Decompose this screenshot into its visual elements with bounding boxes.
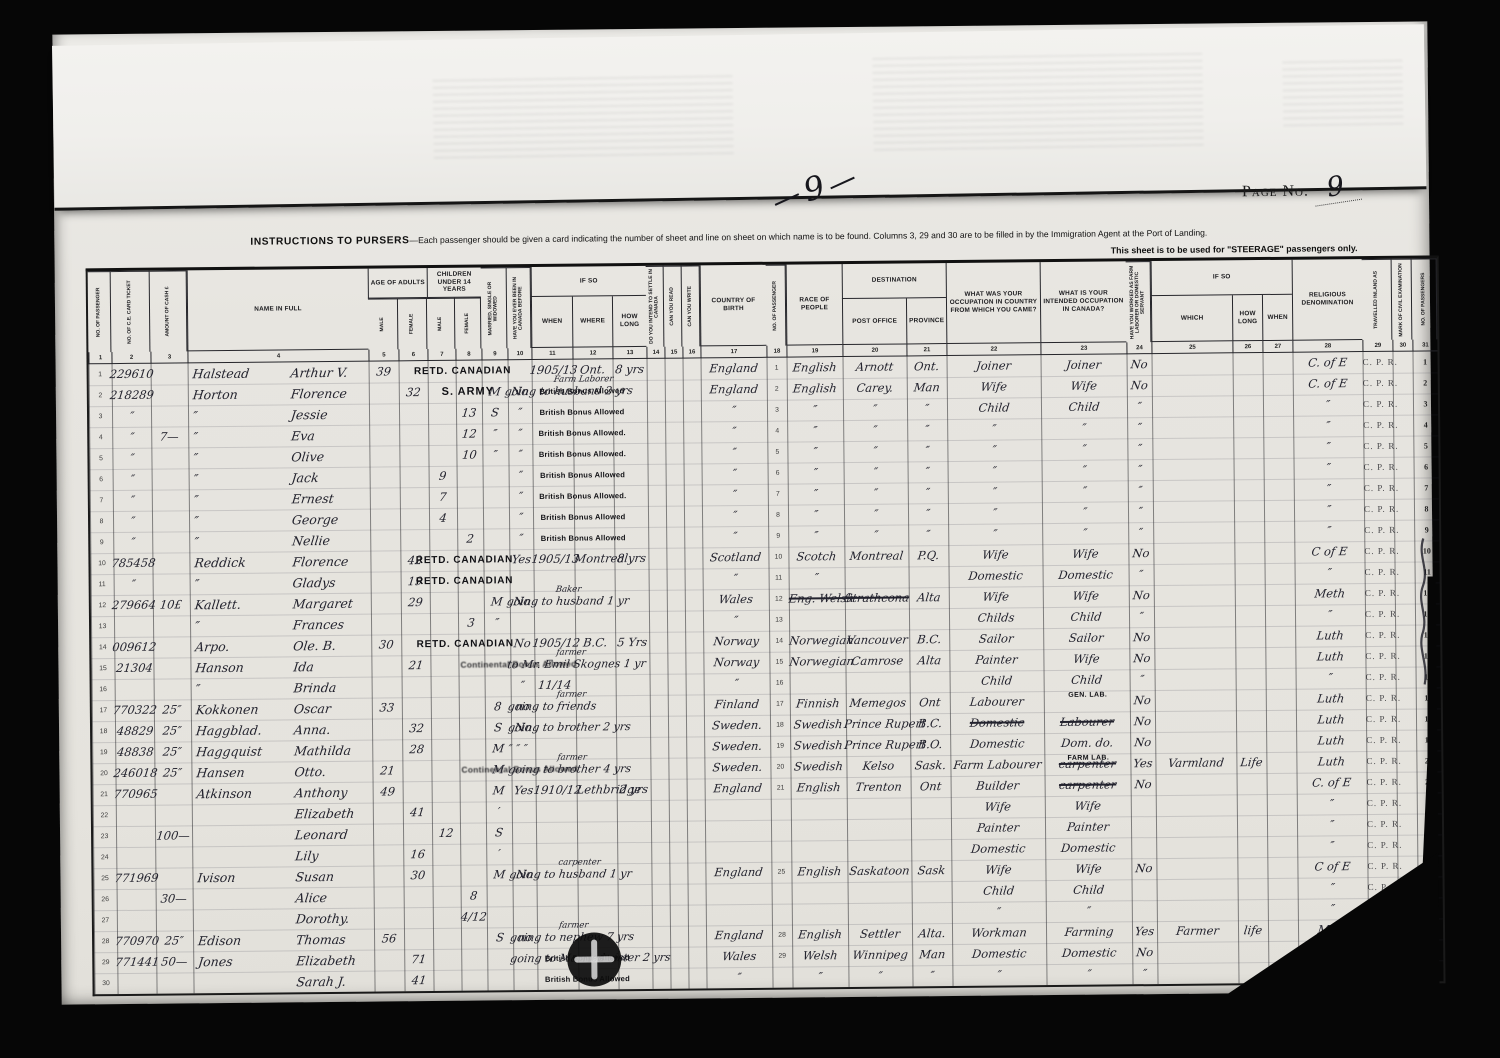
column-header-female: Female: [455, 298, 481, 349]
cell-il-row18: C. P. R.: [1366, 709, 1398, 730]
cell-co-row20: Sweden.: [703, 757, 771, 779]
cell-n2-row3: 3: [767, 400, 787, 421]
cell-po-row21: Trenton: [843, 776, 913, 798]
cell-o2-row25: Wife: [1044, 858, 1132, 880]
cell-o1-row5: ″: [946, 439, 1042, 461]
cell-af-row22: 41: [402, 802, 433, 823]
cell-gn-row29: Elizabeth: [295, 950, 379, 972]
handwritten-annotation: carpenter: [558, 856, 709, 867]
cell-ra-row14: Norwegian: [788, 630, 846, 652]
cell-o1-row16: Child: [948, 670, 1044, 692]
cell-ra-row5: ″: [786, 441, 844, 463]
cell-co-row1: England: [699, 358, 767, 380]
column-header-destination: DESTINATION: [842, 263, 946, 299]
column-number: 12: [572, 347, 612, 359]
cell-re-row25: C of E: [1296, 856, 1368, 878]
page-number-value: 9: [1311, 168, 1362, 207]
cell-il-row24: C. P. R.: [1367, 835, 1399, 856]
column-number: 16: [682, 346, 700, 358]
cell-sn-row1: Halstead: [191, 362, 293, 384]
cell-ca-row18: 25″: [151, 720, 193, 741]
cell-co-row2: England: [700, 379, 768, 401]
cell-gn-row19: Mathilda: [293, 740, 377, 762]
cell-ca-row17: 25″: [151, 699, 193, 720]
column-header-col16: Can you write: [682, 265, 701, 346]
cell-cm-row23: 12: [431, 823, 461, 844]
cell-re-row13: ″: [1294, 604, 1366, 626]
cell-re-row5: ″: [1292, 436, 1364, 458]
cell-il-row5: C. P. R.: [1363, 436, 1395, 457]
cell-cm-row6: 9: [427, 466, 457, 487]
cell-gn-row1: Arthur V.: [289, 362, 373, 384]
cell-sn-row5: ″: [192, 446, 294, 468]
cell-tk-row8: ″: [109, 511, 157, 532]
column-number: 23: [1040, 342, 1126, 355]
circular-ink-stamp: [567, 932, 622, 987]
column-header-occupation_canada: WHAT IS YOUR INTENDED OCCUPATION IN CANA…: [1040, 261, 1127, 343]
cell-c24-row14: No: [1126, 627, 1157, 648]
cell-re-row1: C. of E: [1291, 352, 1363, 374]
handwritten-annotation: Baker: [555, 583, 706, 594]
cell-po-row3: ″: [840, 398, 910, 420]
stamp-gen-lab-: GEN. LAB.: [1048, 684, 1128, 706]
cell-o2-row28: Farming: [1045, 921, 1133, 943]
column-number: 14: [646, 347, 664, 359]
column-header-if_so: IF SO: [531, 266, 646, 297]
cell-ra-row2: English: [786, 378, 844, 400]
cell-re-row16: ″: [1294, 667, 1366, 689]
cell-o2-row24: Domestic: [1044, 837, 1132, 859]
cell-il-row21: C. P. R.: [1367, 772, 1399, 793]
cell-pr-row14: B.C.: [908, 629, 950, 650]
cell-c24-row29: No: [1129, 942, 1160, 963]
cell-re-row12: Meth: [1294, 583, 1366, 605]
cell-ra-row19: Swedish: [789, 735, 847, 757]
cell-po-row7: ″: [841, 482, 911, 504]
cell-o1-row22: Wife: [950, 796, 1046, 818]
cell-pr-row29: Man: [911, 944, 953, 965]
cell-tk-row14: 009612: [110, 637, 158, 658]
column-number: 9: [481, 348, 507, 360]
column-number: 21: [906, 344, 946, 356]
bleed-through-smudge: [1282, 60, 1403, 132]
cell-po-row10: Montreal: [841, 545, 911, 567]
cell-n3-row3: 3: [1413, 393, 1438, 414]
column-number: 7: [427, 349, 455, 361]
cell-po-row4: ″: [840, 419, 910, 441]
cell-ra-row6: ″: [786, 462, 844, 484]
column-header-which: Which: [1151, 295, 1232, 342]
cell-il-row16: C. P. R.: [1366, 667, 1398, 688]
cell-pr-row10: P.Q.: [907, 545, 949, 566]
cell-cf-row4: 12: [455, 424, 483, 445]
cell-am-row28: 56: [373, 928, 405, 949]
cell-n3-row5: 5: [1413, 435, 1438, 456]
cell-tk-row10: 785458: [109, 553, 157, 574]
cell-co-row15: Norway: [702, 652, 770, 674]
cell-sn-row29: Jones: [197, 950, 299, 972]
cell-tk-row9: ″: [109, 532, 157, 553]
cell-n2-row7: 7: [768, 484, 788, 505]
cell-n2-row4: 4: [767, 421, 787, 442]
cell-il-row15: C. P. R.: [1365, 646, 1397, 667]
column-number: 13: [612, 347, 646, 359]
column-header-children: CHILDREN UNDER 14 YEARS: [427, 268, 481, 299]
cell-ra-row28: English: [791, 924, 849, 946]
cell-co-row21: England: [703, 778, 771, 800]
cell-re-row6: ″: [1292, 457, 1364, 479]
column-number: 11: [531, 348, 572, 360]
cell-pr-row5: ″: [906, 440, 948, 461]
cell-co-row29: Wales: [705, 946, 773, 968]
cell-hl-row21: 2 yrs: [613, 779, 653, 800]
cell-o2-row27: ″: [1045, 900, 1133, 922]
column-header-when2: When: [1262, 295, 1292, 341]
column-header-where: Where: [572, 296, 612, 347]
cell-c24-row5: ″: [1124, 438, 1155, 459]
cell-ra-row10: Scotch: [787, 546, 845, 568]
cell-o1-row19: Domestic: [949, 733, 1045, 755]
cell-ra-row17: Finnish: [789, 693, 847, 715]
cell-o2-row1: Joiner: [1039, 354, 1127, 376]
cell-ra-row11: ″: [787, 567, 845, 589]
cell-c24-row7: ″: [1125, 480, 1156, 501]
column-header-col15: Can you read: [664, 266, 683, 347]
cell-c24-row13: ″: [1126, 606, 1157, 627]
cell-cf-row27: 4/12: [460, 906, 488, 927]
cell-gn-row10: Florence: [291, 551, 375, 573]
cell-o2-row10: Wife: [1041, 543, 1129, 565]
cell-po-row19: Prince Rupert: [843, 734, 913, 756]
cell-n3-row1: 1: [1412, 351, 1437, 372]
column-number: 26: [1232, 341, 1262, 353]
cell-wr-row21: Lethbridge: [575, 779, 617, 800]
cell-il-row2: C. P. R.: [1363, 373, 1395, 394]
cell-wc-row28: Farmer: [1156, 920, 1239, 942]
cell-o1-row2: Wife: [946, 376, 1042, 398]
page-number-label: Page No.: [1242, 183, 1309, 201]
cell-c24-row17: No: [1127, 690, 1158, 711]
cell-cf-row3: 13: [455, 403, 483, 424]
cell-o1-row4: ″: [946, 418, 1042, 440]
cell-re-row14: Luth: [1294, 625, 1366, 647]
cell-po-row8: ″: [841, 503, 911, 525]
cell-po-row14: Vancouver: [842, 629, 912, 651]
cell-gn-row24: Lily: [294, 845, 378, 867]
cell-gn-row9: Nellie: [291, 530, 375, 552]
cell-sn-row10: Reddick: [193, 551, 295, 573]
cell-il-row20: C. P. R.: [1366, 751, 1398, 772]
cell-il-row25: C. P. R.: [1367, 856, 1399, 877]
cell-re-row4: ″: [1292, 415, 1364, 437]
cell-sn-row7: ″: [193, 488, 295, 510]
column-header-post_office: POST OFFICE: [842, 298, 906, 345]
stamp-retd-canadian: RETD. CANADIAN: [404, 570, 526, 592]
cell-n2-row15: 15: [769, 652, 789, 673]
cell-c24-row18: No: [1127, 711, 1158, 732]
cell-gn-row7: Ernest: [291, 488, 375, 510]
stamp-british-bonus-allowed: British Bonus Allowed: [514, 506, 652, 528]
column-number: 22: [946, 343, 1040, 356]
cell-c24-row6: ″: [1124, 459, 1155, 480]
column-header-race_of_people: RACE OF PEOPLE: [786, 264, 843, 346]
cell-n2-row13: 13: [769, 610, 789, 631]
cell-o1-row7: ″: [947, 481, 1043, 503]
cell-tk-row3: ″: [108, 406, 156, 427]
stamp-british-bonus-allowed-: British Bonus Allowed.: [513, 422, 651, 444]
steerage-note: This sheet is to be used for "STEERAGE" …: [1111, 243, 1358, 255]
cell-n3-row2: 2: [1413, 372, 1438, 393]
cell-ca-row26: 30—: [152, 888, 194, 909]
cell-co-row25: England: [704, 862, 772, 884]
column-number: 29: [1362, 340, 1392, 352]
cell-c24-row9: ″: [1125, 522, 1156, 543]
cell-h2-row28: life: [1237, 920, 1269, 941]
column-header-married: Married, Single or Widowed: [481, 267, 508, 348]
cell-sn-row11: ″: [193, 572, 295, 594]
cell-re-row26: ″: [1296, 877, 1368, 899]
cell-gn-row15: Ida: [292, 656, 376, 678]
cell-ra-row12: Eng. Welsh: [788, 588, 846, 610]
cell-n3-row6: 6: [1413, 456, 1438, 477]
cell-tk-row21: 770965: [111, 784, 159, 805]
cell-c24-row3: ″: [1124, 396, 1155, 417]
column-header-country_of_birth: COUNTRY OF BIRTH: [700, 265, 767, 347]
cell-o2-row5: ″: [1040, 438, 1128, 460]
cell-re-row20: Luth: [1295, 751, 1367, 773]
cell-af-row19: 28: [401, 739, 432, 760]
cell-o2-row23: Painter: [1044, 816, 1132, 838]
cell-n2-row8: 8: [768, 505, 788, 526]
cell-c24-row19: No: [1127, 732, 1158, 753]
column-header-female: Female: [398, 298, 427, 349]
column-header-col3: Amount of Cash £: [150, 270, 188, 351]
cell-o1-row25: Wife: [950, 859, 1046, 881]
cell-n2-row16: 16: [770, 673, 790, 694]
cell-tk-row1: 229610: [107, 364, 155, 385]
cell-o1-row1: Joiner: [945, 355, 1041, 377]
cell-n2-row28: 28: [772, 925, 792, 946]
cell-am-row1: 39: [367, 361, 399, 382]
cell-o1-row17: Labourer: [949, 691, 1045, 713]
cell-re-row2: C. of E: [1292, 373, 1364, 395]
cell-pr-row30: ″: [911, 965, 953, 986]
cell-n-row26: 26: [94, 889, 117, 910]
column-header-province: PROVINCE: [906, 298, 946, 344]
cell-o2-row11: Domestic: [1041, 564, 1129, 586]
cell-co-row16: ″: [702, 673, 770, 695]
cell-af-row25: 30: [402, 865, 433, 886]
cell-o2-row26: Child: [1044, 879, 1132, 901]
cell-ms-row21: M: [484, 780, 512, 801]
cell-ms-row24: ′: [485, 843, 513, 864]
cell-o1-row27: ″: [951, 901, 1047, 923]
cell-pr-row3: ″: [906, 398, 948, 419]
cell-ra-row15: Norwegian: [788, 651, 846, 673]
cell-o1-row13: Childs: [948, 607, 1044, 629]
cell-po-row9: ″: [841, 524, 911, 546]
cell-po-row15: Camrose: [842, 650, 912, 672]
cell-o2-row2: Wife: [1040, 375, 1128, 397]
stamp-retd-canadian: RETD. CANADIAN: [402, 360, 524, 382]
cell-gn-row8: George: [291, 509, 375, 531]
column-number: 2: [111, 352, 150, 364]
cell-cf-row5: 10: [455, 445, 483, 466]
cell-re-row24: ″: [1296, 835, 1368, 857]
scanned-manifest-page: 9 Page No. 9 INSTRUCTIONS TO PURSERS—Eac…: [52, 21, 1436, 1004]
cell-ra-row30: ″: [791, 966, 849, 988]
cell-po-row25: Saskatoon: [844, 860, 914, 882]
cell-o1-row10: Wife: [947, 544, 1043, 566]
cell-co-row5: ″: [700, 442, 768, 464]
cell-sn-row15: Hanson: [194, 656, 296, 678]
cell-n2-row2: 2: [767, 379, 787, 400]
cell-gn-row17: Oscar: [293, 698, 377, 720]
cell-gn-row26: Alice: [294, 887, 378, 909]
cell-re-row7: ″: [1293, 478, 1365, 500]
cell-o2-row7: ″: [1041, 480, 1129, 502]
cell-o2-row21: carpenter: [1043, 774, 1131, 796]
cell-co-row9: ″: [701, 526, 769, 548]
cell-o2-row15: Wife: [1042, 648, 1130, 670]
cell-o2-row4: ″: [1040, 417, 1128, 439]
cell-gn-row3: Jessie: [290, 404, 374, 426]
cell-ms-row3: S: [481, 402, 509, 423]
cell-o1-row6: ″: [946, 460, 1042, 482]
cell-c24-row4: ″: [1124, 417, 1155, 438]
cell-co-row17: Finland: [703, 694, 771, 716]
cell-sn-row21: Atkinson: [195, 782, 297, 804]
cell-wh-row21: 1910/12: [532, 780, 578, 801]
handwritten-annotation: Farm Laborer: [553, 373, 704, 384]
cell-ca-row12: 10£: [150, 594, 192, 615]
cell-ms-row13: ″: [483, 612, 511, 633]
cell-il-row17: C. P. R.: [1366, 688, 1398, 709]
cell-sn-row2: Horton: [192, 383, 294, 405]
cell-o1-row9: ″: [947, 523, 1043, 545]
cell-po-row1: Arnott: [839, 356, 909, 378]
cell-pr-row12: Alta: [908, 587, 950, 608]
cell-o2-row3: Child: [1040, 396, 1128, 418]
cell-pr-row8: ″: [907, 503, 949, 524]
cell-po-row2: Carey.: [840, 377, 910, 399]
cell-pr-row2: Man: [906, 377, 948, 398]
cell-co-row30: ″: [705, 967, 773, 989]
cell-co-row12: Wales: [702, 589, 770, 611]
column-header-religious: RELIGIOUS DENOMINATION: [1292, 259, 1363, 341]
stamp-british-bonus-allowed: British Bonus Allowed: [514, 464, 652, 486]
cell-o1-row30: ″: [951, 964, 1047, 986]
cell-cf-row13: 3: [457, 612, 485, 633]
cell-ra-row1: English: [785, 357, 843, 379]
column-number: 28: [1292, 340, 1362, 353]
cell-tk-row5: ″: [108, 448, 156, 469]
cell-il-row22: C. P. R.: [1367, 793, 1399, 814]
column-number: 15: [664, 347, 682, 359]
cell-cb-row16: ″: [509, 675, 535, 696]
cell-n2-row18: 18: [770, 715, 790, 736]
cell-tk-row25: 771969: [112, 868, 160, 889]
cell-n-row27: 27: [94, 910, 117, 931]
cell-co-row28: England: [705, 925, 773, 947]
cell-af-row29: 71: [403, 949, 434, 970]
cell-po-row6: ″: [840, 461, 910, 483]
cell-re-row21: C. of E: [1295, 772, 1367, 794]
cell-am-row20: 21: [371, 760, 403, 781]
cell-gn-row13: Frances: [292, 614, 376, 636]
cell-ra-row4: ″: [786, 420, 844, 442]
cell-ra-row8: ″: [787, 504, 845, 526]
cell-ms-row22: ′: [485, 801, 513, 822]
cell-n-row22: 22: [93, 805, 116, 826]
handwritten-annotation: farmer: [556, 688, 707, 699]
cell-n2-row5: 5: [767, 442, 787, 463]
bleed-through-smudge: [872, 53, 1203, 153]
cell-il-row4: C. P. R.: [1363, 415, 1395, 436]
cell-il-row1: C. P. R.: [1362, 352, 1394, 373]
cell-o2-row29: Domestic: [1045, 942, 1133, 964]
cell-tk-row15: 21304: [110, 658, 158, 679]
cell-o1-row18: Domestic: [949, 712, 1045, 734]
cell-sn-row17: Kokkonen: [195, 698, 297, 720]
column-header-col29: Travelled Inland as: [1362, 259, 1393, 340]
cell-o2-row18: Labourer: [1043, 711, 1131, 733]
cell-sn-row20: Hansen: [195, 761, 297, 783]
cell-ms-row4: ″: [481, 423, 509, 444]
handwritten-annotation: farmer: [557, 751, 708, 762]
cell-pr-row1: Ont.: [905, 356, 947, 377]
handwritten-annotation: farmer: [556, 646, 707, 657]
cell-n2-row14: 14: [769, 631, 789, 652]
cell-il-row12: C. P. R.: [1365, 583, 1397, 604]
column-number: 17: [700, 346, 766, 359]
cell-re-row17: Luth: [1295, 688, 1367, 710]
instructions-title: INSTRUCTIONS TO PURSERS: [250, 235, 409, 248]
cell-co-row4: ″: [700, 421, 768, 443]
column-number: 3: [150, 351, 187, 363]
cell-gn-row6: Jack: [290, 467, 374, 489]
cell-n3-row4: 4: [1413, 414, 1438, 435]
cell-tk-row11: ″: [109, 574, 157, 595]
cell-gn-row27: Dorothy.: [295, 908, 379, 930]
cell-o1-row15: Painter: [948, 649, 1044, 671]
cell-ra-row3: ″: [786, 399, 844, 421]
cell-po-row29: Winnipeg: [845, 944, 915, 966]
cell-n2-row19: 19: [770, 736, 790, 757]
cell-pr-row9: ″: [907, 524, 949, 545]
column-header-age_of_adults: AGE OF ADULTS: [368, 268, 427, 299]
cell-il-row6: C. P. R.: [1363, 457, 1395, 478]
cell-co-row6: ″: [700, 463, 768, 485]
cell-cf-row26: 8: [459, 885, 487, 906]
column-number: 19: [786, 345, 842, 358]
cell-gn-row11: Gladys: [291, 572, 375, 594]
cell-re-row22: ″: [1296, 793, 1368, 815]
cell-wh-row10: 1905/13: [530, 549, 576, 570]
column-header-male: Male: [368, 298, 398, 349]
column-number: 10: [507, 348, 531, 360]
cell-o2-row14: Sailor: [1042, 627, 1130, 649]
bleed-through-smudge: [433, 75, 734, 160]
column-header-how_long2: How long: [1232, 295, 1262, 341]
cell-o1-row3: Child: [946, 397, 1042, 419]
cell-pr-row17: Ont: [909, 692, 951, 713]
cell-cm-row7: 7: [428, 487, 458, 508]
cell-co-row10: Scotland: [701, 547, 769, 569]
cell-re-row15: Luth: [1294, 646, 1366, 668]
cell-ra-row20: Swedish: [789, 756, 847, 778]
cell-o2-row30: ″: [1045, 963, 1133, 985]
